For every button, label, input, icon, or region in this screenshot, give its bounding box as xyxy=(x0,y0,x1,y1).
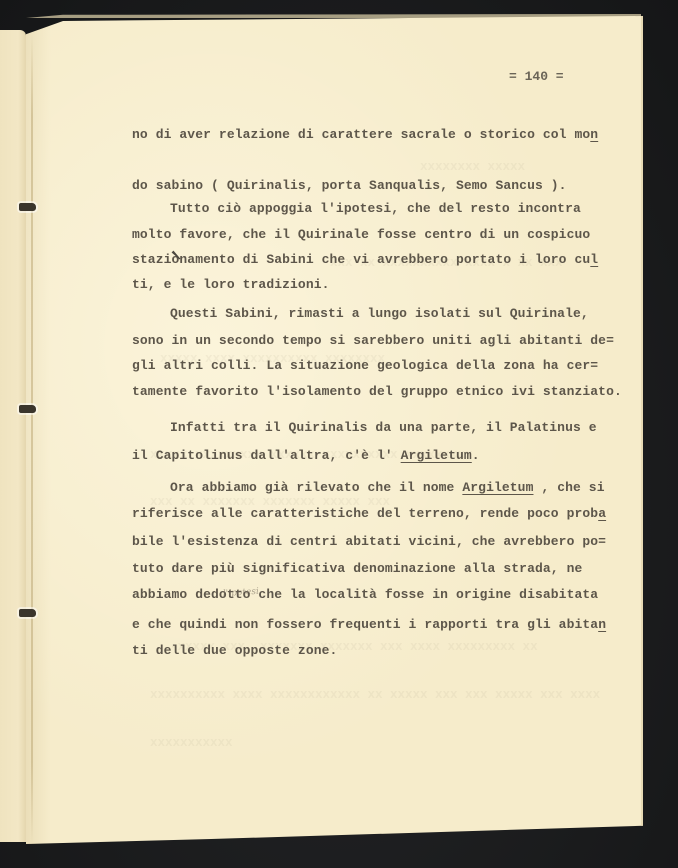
text-span: gli altri colli. La situazione geologica… xyxy=(132,358,598,373)
underlined-text: n xyxy=(590,127,598,142)
underlined-text: a xyxy=(598,506,606,521)
text-line: no di aver relazione di carattere sacral… xyxy=(132,127,598,142)
text-span: ti, e le loro tradizioni. xyxy=(132,277,330,292)
text-span: do sabino ( Quirinalis, porta Sanqualis,… xyxy=(132,178,567,193)
text-span: stazionamento di Sabini che vi avrebbero… xyxy=(132,252,590,267)
bleed-through-text: xxxxxxxxxxx xyxy=(150,736,233,750)
bleed-through-text: xxxx xxx xxxxx xxx xxx xxxxx xx xxxxxxxx… xyxy=(150,688,600,702)
scanned-document-scene: xxxxx xxxxxxxx xxx xx x xxxx xxxxxxxxxx … xyxy=(0,0,678,868)
text-line: stazionamento di Sabini che vi avrebbero… xyxy=(132,252,598,267)
text-span: tuto dare più significativa denominazion… xyxy=(132,561,582,576)
underlined-text: Argiletum xyxy=(401,448,472,463)
text-span: Infatti tra il Quirinalis da una parte, … xyxy=(170,420,597,435)
page-number: = 140 = xyxy=(509,69,564,84)
text-span: il Capitolinus dall'altra, c'è l' xyxy=(132,448,401,463)
text-span: riferisce alle caratteristiche del terre… xyxy=(132,506,598,521)
text-span: molto favore, che il Quirinale fosse cen… xyxy=(132,227,590,242)
staple-icon xyxy=(19,609,36,617)
previous-page-edge xyxy=(0,30,26,842)
text-line: molto favore, che il Quirinale fosse cen… xyxy=(132,227,590,242)
text-line: ti delle due opposte zone. xyxy=(132,643,337,658)
text-span: sono in un secondo tempo si sarebbero un… xyxy=(132,333,614,348)
text-line: do sabino ( Quirinalis, porta Sanqualis,… xyxy=(132,178,567,193)
text-line: Questi Sabini, rimasti a lungo isolati s… xyxy=(170,306,589,321)
text-line: tamente favorito l'isolamento del gruppo… xyxy=(132,384,622,399)
text-line: Infatti tra il Quirinalis da una parte, … xyxy=(170,420,597,435)
text-line: Ora abbiamo già rilevato che il nome Arg… xyxy=(170,480,605,495)
text-line: sono in un secondo tempo si sarebbero un… xyxy=(132,333,614,348)
text-line: abbiamo dedotto che la località fosse in… xyxy=(132,587,598,602)
text-span: ti delle due opposte zone. xyxy=(132,643,337,658)
text-line: gli altri colli. La situazione geologica… xyxy=(132,358,598,373)
underlined-text: n xyxy=(598,617,606,632)
text-line: riferisce alle caratteristiche del terre… xyxy=(132,506,606,521)
underlined-text: Argiletum xyxy=(462,480,533,495)
text-span: abbiamo dedotto che la località fosse in… xyxy=(132,587,598,602)
staple-icon xyxy=(19,203,36,211)
text-span: Ora abbiamo già rilevato che il nome xyxy=(170,480,462,495)
text-span: Tutto ciò appoggia l'ipotesi, che del re… xyxy=(170,201,581,216)
text-line: il Capitolinus dall'altra, c'è l' Argile… xyxy=(132,448,480,463)
text-span: no di aver relazione di carattere sacral… xyxy=(132,127,590,142)
binding-fold xyxy=(31,34,33,844)
text-span: tamente favorito l'isolamento del gruppo… xyxy=(132,384,622,399)
text-line: tuto dare più significativa denominazion… xyxy=(132,561,582,576)
text-span: e che quindi non fossero frequenti i rap… xyxy=(132,617,598,632)
text-line: Tutto ciò appoggia l'ipotesi, che del re… xyxy=(170,201,581,216)
underlined-text: l xyxy=(590,252,598,267)
text-span: , che si xyxy=(533,480,604,495)
text-span: Questi Sabini, rimasti a lungo isolati s… xyxy=(170,306,589,321)
text-span: bile l'esistenza di centri abitati vicin… xyxy=(132,534,606,549)
text-line: bile l'esistenza di centri abitati vicin… xyxy=(132,534,606,549)
text-line: e che quindi non fossero frequenti i rap… xyxy=(132,617,606,632)
text-line: ti, e le loro tradizioni. xyxy=(132,277,330,292)
staple-icon xyxy=(19,405,36,413)
bleed-through-text: xxxxx xxxxxxxx xyxy=(420,160,525,174)
text-span: . xyxy=(472,448,480,463)
